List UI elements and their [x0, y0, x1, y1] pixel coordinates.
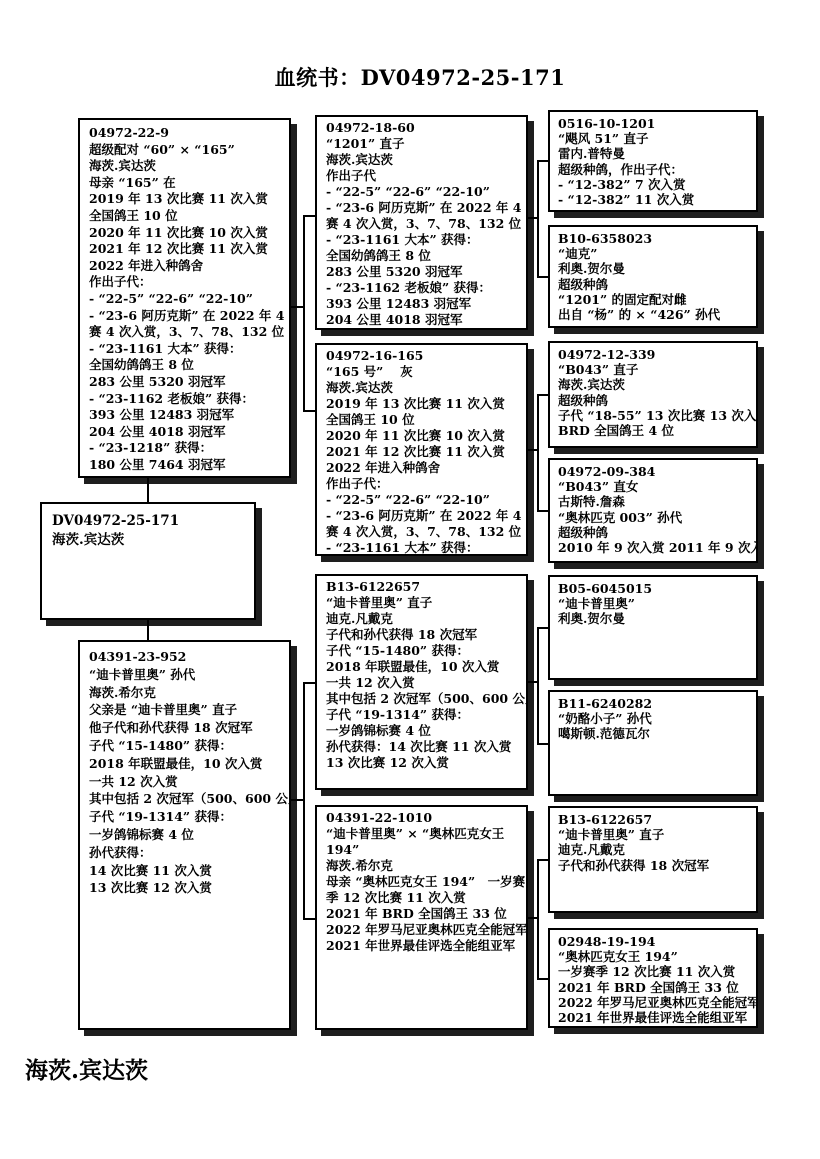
pedigree-box-mmf: B13-6122657“迪卡普里奥” 直子迪克.凡戴克子代和孙代获得 18 次冠…	[548, 806, 758, 913]
pedigree-line: 2020 年 11 次比赛 10 次入赏	[326, 428, 517, 444]
pedigree-box-text: 04391-23-952“迪卡普里奥” 孙代海茨.希尔克父亲是 “迪卡普里奥” …	[80, 642, 289, 903]
pedigree-line: 其中包括 2 次冠军（500、600 公里）	[89, 790, 280, 808]
pedigree-box-text: 04391-22-1010“迪卡普里奥” × “奥林匹克女王194”海茨.希尔克…	[317, 807, 526, 958]
pedigree-box-fmm: 04972-09-384“B043” 直女古斯特.詹森“奥林匹克 003” 孙代…	[548, 458, 758, 563]
pedigree-line: - “23-1161 大本” 获得：	[89, 341, 280, 358]
pedigree-line: 393 公里 12483 羽冠军	[89, 407, 280, 424]
pedigree-line: 04972-18-60	[326, 120, 517, 136]
pedigree-line: 2022 年进入种鸽舍	[89, 258, 280, 275]
pedigree-box-text: 04972-09-384“B043” 直女古斯特.詹森“奥林匹克 003” 孙代…	[550, 460, 756, 559]
connector-line	[537, 394, 548, 396]
pedigree-line: - “23-6 阿历克斯” 在 2022 年 4 次比	[89, 308, 280, 325]
pedigree-line: 04391-23-952	[89, 648, 280, 666]
pedigree-line: “迪卡普里奥” × “奥林匹克女王	[326, 826, 517, 842]
pedigree-line: 超级种鸽	[558, 525, 748, 540]
connector-line	[303, 215, 305, 412]
pedigree-box-mmm: 02948-19-194“奥林匹克女王 194”一岁赛季 12 次比赛 11 次…	[548, 928, 758, 1028]
connector-line	[537, 627, 539, 745]
pedigree-line: 赛 4 次入赏，3、7、78、132 位	[326, 524, 517, 540]
pedigree-line: 2020 年 11 次比赛 10 次入赏	[89, 225, 280, 242]
pedigree-box-text: 04972-12-339“B043” 直子海茨.宾达茨超级种鸽子代 “18-55…	[550, 343, 756, 442]
pedigree-line: 283 公里 5320 羽冠军	[326, 264, 517, 280]
pedigree-line: “B043” 直子	[558, 362, 748, 377]
pedigree-line: 2021 年 BRD 全国鸽王 33 位	[558, 980, 748, 995]
pedigree-line: “1201” 直子	[326, 136, 517, 152]
pedigree-box-subject: DV04972-25-171海茨.宾达茨	[40, 502, 256, 620]
pedigree-box-father: 04972-22-9超级配对 “60” × “165”海茨.宾达茨母亲 “165…	[78, 118, 291, 478]
pedigree-line: - “23-1162 老板娘” 获得：	[89, 391, 280, 408]
pedigree-line: 超级种鸽，作出子代：	[558, 162, 748, 177]
connector-line	[537, 160, 548, 162]
pedigree-box-fff: 0516-10-1201“飓风 51” 直子雷内.普特曼超级种鸽，作出子代：- …	[548, 110, 758, 212]
pedigree-line: 海茨.宾达茨	[326, 380, 517, 396]
pedigree-line: 一共 12 次入赏	[326, 675, 517, 691]
pedigree-line: BRD 全国鸽王 4 位	[558, 423, 748, 438]
pedigree-line: 2021 年世界最佳评选全能组亚军	[326, 938, 517, 954]
connector-line	[303, 918, 315, 920]
pedigree-line: 雷内.普特曼	[558, 146, 748, 161]
pedigree-box-ff: 04972-18-60“1201” 直子海茨.宾达茨作出子代- “22-5” “…	[315, 115, 528, 330]
pedigree-line: 超级种鸽	[558, 393, 748, 408]
pedigree-line: 04972-12-339	[558, 347, 748, 362]
pedigree-line: 母亲 “165” 在	[89, 175, 280, 192]
connector-line	[537, 276, 548, 278]
pedigree-line: 迪克.凡戴克	[326, 611, 517, 627]
pedigree-line: - “23-6 阿历克斯” 在 2022 年 4 次比	[326, 200, 517, 216]
pedigree-box-fmf: 04972-12-339“B043” 直子海茨.宾达茨超级种鸽子代 “18-55…	[548, 341, 758, 448]
pedigree-box-mff: B05-6045015“迪卡普里奥”利奥.贺尔曼	[548, 575, 758, 680]
pedigree-line: 180 公里 7464 羽冠军	[89, 457, 280, 474]
pedigree-line: 海茨.宾达茨	[52, 531, 244, 550]
pedigree-line: 古斯特.詹森	[558, 494, 748, 509]
pedigree-line: 子代和孙代获得 18 次冠军	[558, 858, 748, 873]
pedigree-line: 一岁鸽锦标赛 4 位	[326, 723, 517, 739]
pedigree-line: 一岁鸽锦标赛 4 位	[89, 826, 280, 844]
pedigree-line: 2019 年 13 次比赛 11 次入赏	[326, 396, 517, 412]
pedigree-line: 04972-09-384	[558, 464, 748, 479]
pedigree-line: 母亲 “奥林匹克女王 194” 一岁赛	[326, 874, 517, 890]
pedigree-line: “飓风 51” 直子	[558, 131, 748, 146]
pedigree-line: 超级配对 “60” × “165”	[89, 142, 280, 159]
pedigree-box-text: 04972-22-9超级配对 “60” × “165”海茨.宾达茨母亲 “165…	[80, 120, 289, 478]
pedigree-page: 血统书：DV04972-25-171 04972-22-9超级配对 “60” ×…	[0, 0, 820, 1159]
pedigree-line: 子代 “19-1314” 获得：	[89, 808, 280, 826]
pedigree-line: B13-6122657	[326, 579, 517, 595]
connector-line	[537, 859, 548, 861]
connector-line	[303, 682, 315, 684]
pedigree-line: 作出子代	[326, 168, 517, 184]
pedigree-line: “奶酪小子” 孙代	[558, 711, 748, 726]
pedigree-line: 全国幼鸽鸽王 8 位	[326, 248, 517, 264]
pedigree-box-text: B11-6240282“奶酪小子” 孙代噶斯顿.范德瓦尔	[550, 692, 756, 746]
pedigree-box-mf: B13-6122657“迪卡普里奥” 直子迪克.凡戴克子代和孙代获得 18 次冠…	[315, 574, 528, 790]
pedigree-line: 赛 4 次入赏，3、7、78、132 位	[89, 324, 280, 341]
pedigree-line: B10-6358023	[558, 231, 748, 246]
pedigree-line: 孙代获得：	[89, 844, 280, 862]
pedigree-box-text: DV04972-25-171海茨.宾达茨	[42, 504, 254, 558]
pedigree-line: - “12-382” 7 次入赏	[558, 177, 748, 192]
pedigree-line: 噶斯顿.范德瓦尔	[558, 726, 748, 741]
pedigree-line: “迪卡普里奥” 直子	[558, 827, 748, 842]
pedigree-line: 2021 年世界最佳评选全能组亚军	[558, 1010, 748, 1025]
pedigree-line: 2021 年 12 次比赛 11 次入赏	[89, 241, 280, 258]
pedigree-line: 283 公里 5320 羽冠军	[89, 374, 280, 391]
pedigree-line: 04972-16-165	[326, 348, 517, 364]
pedigree-line: 2010 年 9 次入赏 2011 年 9 次入赏	[558, 540, 748, 555]
pedigree-box-text: B05-6045015“迪卡普里奥”利奥.贺尔曼	[550, 577, 756, 631]
pedigree-line: 全国幼鸽鸽王 8 位	[89, 357, 280, 374]
pedigree-box-text: 04972-16-165“165 号” 灰海茨.宾达茨2019 年 13 次比赛…	[317, 345, 526, 556]
pedigree-line: 04391-22-1010	[326, 810, 517, 826]
pedigree-box-mother: 04391-23-952“迪卡普里奥” 孙代海茨.希尔克父亲是 “迪卡普里奥” …	[78, 640, 291, 1030]
pedigree-line: 子代 “19-1314” 获得：	[326, 707, 517, 723]
pedigree-box-text: B13-6122657“迪卡普里奥” 直子迪克.凡戴克子代和孙代获得 18 次冠…	[550, 808, 756, 877]
connector-line	[303, 682, 305, 920]
connector-line	[303, 410, 315, 412]
connector-line	[537, 859, 539, 980]
pedigree-line: 子代 “18-55” 13 次比赛 13 次入赏	[558, 408, 748, 423]
pedigree-line: - “12-382” 11 次入赏	[558, 192, 748, 207]
pedigree-line: “165 号” 灰	[326, 364, 517, 380]
pedigree-line: - “23-1162 老板娘” 获得：	[326, 280, 517, 296]
connector-line	[303, 215, 315, 217]
pedigree-box-text: 04972-18-60“1201” 直子海茨.宾达茨作出子代- “22-5” “…	[317, 117, 526, 330]
pedigree-line: 204 公里 4018 羽冠军	[326, 312, 517, 328]
pedigree-line: “迪卡普里奥”	[558, 596, 748, 611]
pedigree-box-fm: 04972-16-165“165 号” 灰海茨.宾达茨2019 年 13 次比赛…	[315, 343, 528, 556]
connector-line	[537, 160, 539, 278]
pedigree-line: “迪卡普里奥” 直子	[326, 595, 517, 611]
pedigree-line: 海茨.宾达茨	[326, 152, 517, 168]
pedigree-line: 2021 年 12 次比赛 11 次入赏	[326, 444, 517, 460]
pedigree-line: 作出子代：	[89, 274, 280, 291]
pedigree-line: 父亲是 “迪卡普里奥” 直子	[89, 701, 280, 719]
pedigree-box-ffm: B10-6358023“迪克”利奥.贺尔曼超级种鸽“1201” 的固定配对雌出自…	[548, 225, 758, 328]
pedigree-line: 子代 “15-1480” 获得：	[89, 737, 280, 755]
pedigree-line: B13-6122657	[558, 812, 748, 827]
pedigree-box-text: B13-6122657“迪卡普里奥” 直子迪克.凡戴克子代和孙代获得 18 次冠…	[317, 576, 526, 775]
connector-line	[147, 620, 149, 640]
pedigree-line: “迪卡普里奥” 孙代	[89, 666, 280, 684]
pedigree-box-mfm: B11-6240282“奶酪小子” 孙代噶斯顿.范德瓦尔	[548, 690, 758, 796]
pedigree-box-text: B10-6358023“迪克”利奥.贺尔曼超级种鸽“1201” 的固定配对雌出自…	[550, 227, 756, 326]
pedigree-line: 出自 “杨” 的 × “426” 孙代	[558, 307, 748, 322]
pedigree-box-text: 0516-10-1201“飓风 51” 直子雷内.普特曼超级种鸽，作出子代：- …	[550, 112, 756, 211]
pedigree-line: 一岁赛季 12 次比赛 11 次入赏	[558, 964, 748, 979]
pedigree-line: B05-6045015	[558, 581, 748, 596]
pedigree-box-mm: 04391-22-1010“迪卡普里奥” × “奥林匹克女王194”海茨.希尔克…	[315, 805, 528, 1030]
pedigree-line: 海茨.宾达茨	[558, 377, 748, 392]
connector-line	[537, 510, 548, 512]
pedigree-line: 02948-19-194	[558, 934, 748, 949]
pedigree-box-text: 02948-19-194“奥林匹克女王 194”一岁赛季 12 次比赛 11 次…	[550, 930, 756, 1028]
pedigree-line: - “23-1161 大本” 获得：	[326, 540, 517, 556]
pedigree-line: 0516-10-1201	[558, 116, 748, 131]
pedigree-line: 2018 年联盟最佳，10 次入赏	[326, 659, 517, 675]
pedigree-line: DV04972-25-171	[52, 512, 244, 531]
fancier-name-footer: 海茨.宾达茨	[25, 1052, 148, 1085]
pedigree-line: “迪克”	[558, 246, 748, 261]
pedigree-line: - “22-5” “22-6” “22-10”	[326, 492, 517, 508]
pedigree-line: 2019 年 13 次比赛 11 次入赏	[89, 191, 280, 208]
pedigree-line: 利奥.贺尔曼	[558, 261, 748, 276]
pedigree-line: 2022 年罗马尼亚奥林匹克全能冠军	[326, 922, 517, 938]
pedigree-line: “B043” 直女	[558, 479, 748, 494]
pedigree-line: 13 次比赛 12 次入赏	[89, 879, 280, 897]
pedigree-line: - “23-1161 大本” 获得：	[326, 232, 517, 248]
pedigree-line: 204 公里 4018 羽冠军	[89, 424, 280, 441]
pedigree-line: 超级种鸽	[558, 277, 748, 292]
pedigree-line: 2018 年联盟最佳，10 次入赏	[89, 755, 280, 773]
page-title: 血统书：DV04972-25-171	[0, 62, 820, 92]
pedigree-line: - “23-1218” 获得：	[89, 440, 280, 457]
pedigree-line: - “22-5” “22-6” “22-10”	[326, 184, 517, 200]
pedigree-line: 一共 12 次入赏	[89, 773, 280, 791]
pedigree-line: 利奥.贺尔曼	[558, 611, 748, 626]
pedigree-line: 其中包括 2 次冠军（500、600 公里）	[326, 691, 517, 707]
pedigree-line: “奥林匹克女王 194”	[558, 949, 748, 964]
pedigree-line: 赛 4 次入赏，3、7、78、132 位	[326, 216, 517, 232]
pedigree-line: 2022 年罗马尼亚奥林匹克全能冠军	[558, 995, 748, 1010]
pedigree-line: 季 12 次比赛 11 次入赏	[326, 890, 517, 906]
pedigree-line: 作出子代：	[326, 476, 517, 492]
pedigree-line: 13 次比赛 12 次入赏	[326, 755, 517, 771]
pedigree-line: 14 次比赛 11 次入赏	[89, 862, 280, 880]
pedigree-line: 04972-22-9	[89, 125, 280, 142]
pedigree-line: - “23-6 阿历克斯” 在 2022 年 4 次比	[326, 508, 517, 524]
pedigree-line: 194”	[326, 842, 517, 858]
pedigree-line: 孙代获得：14 次比赛 11 次入赏	[326, 739, 517, 755]
connector-line	[147, 478, 149, 502]
pedigree-line: 子代和孙代获得 18 次冠军	[326, 627, 517, 643]
connector-line	[537, 978, 548, 980]
pedigree-line: 393 公里 12483 羽冠军	[326, 296, 517, 312]
pedigree-line: “奥林匹克 003” 孙代	[558, 510, 748, 525]
pedigree-line: 迪克.凡戴克	[558, 842, 748, 857]
connector-line	[537, 743, 548, 745]
pedigree-line: 海茨.希尔克	[89, 684, 280, 702]
pedigree-line: 子代 “15-1480” 获得：	[326, 643, 517, 659]
pedigree-line: 全国鸽王 10 位	[89, 208, 280, 225]
pedigree-line: 2021 年 BRD 全国鸽王 33 位	[326, 906, 517, 922]
pedigree-line: 2022 年进入种鸽舍	[326, 460, 517, 476]
pedigree-line: - “22-5” “22-6” “22-10”	[89, 291, 280, 308]
connector-line	[537, 627, 548, 629]
pedigree-line: 海茨.希尔克	[326, 858, 517, 874]
connector-line	[537, 394, 539, 512]
pedigree-line: 海茨.宾达茨	[89, 158, 280, 175]
pedigree-line: 全国鸽王 10 位	[326, 412, 517, 428]
pedigree-line: B11-6240282	[558, 696, 748, 711]
pedigree-line: 他子代和孙代获得 18 次冠军	[89, 719, 280, 737]
pedigree-line: “1201” 的固定配对雌	[558, 292, 748, 307]
